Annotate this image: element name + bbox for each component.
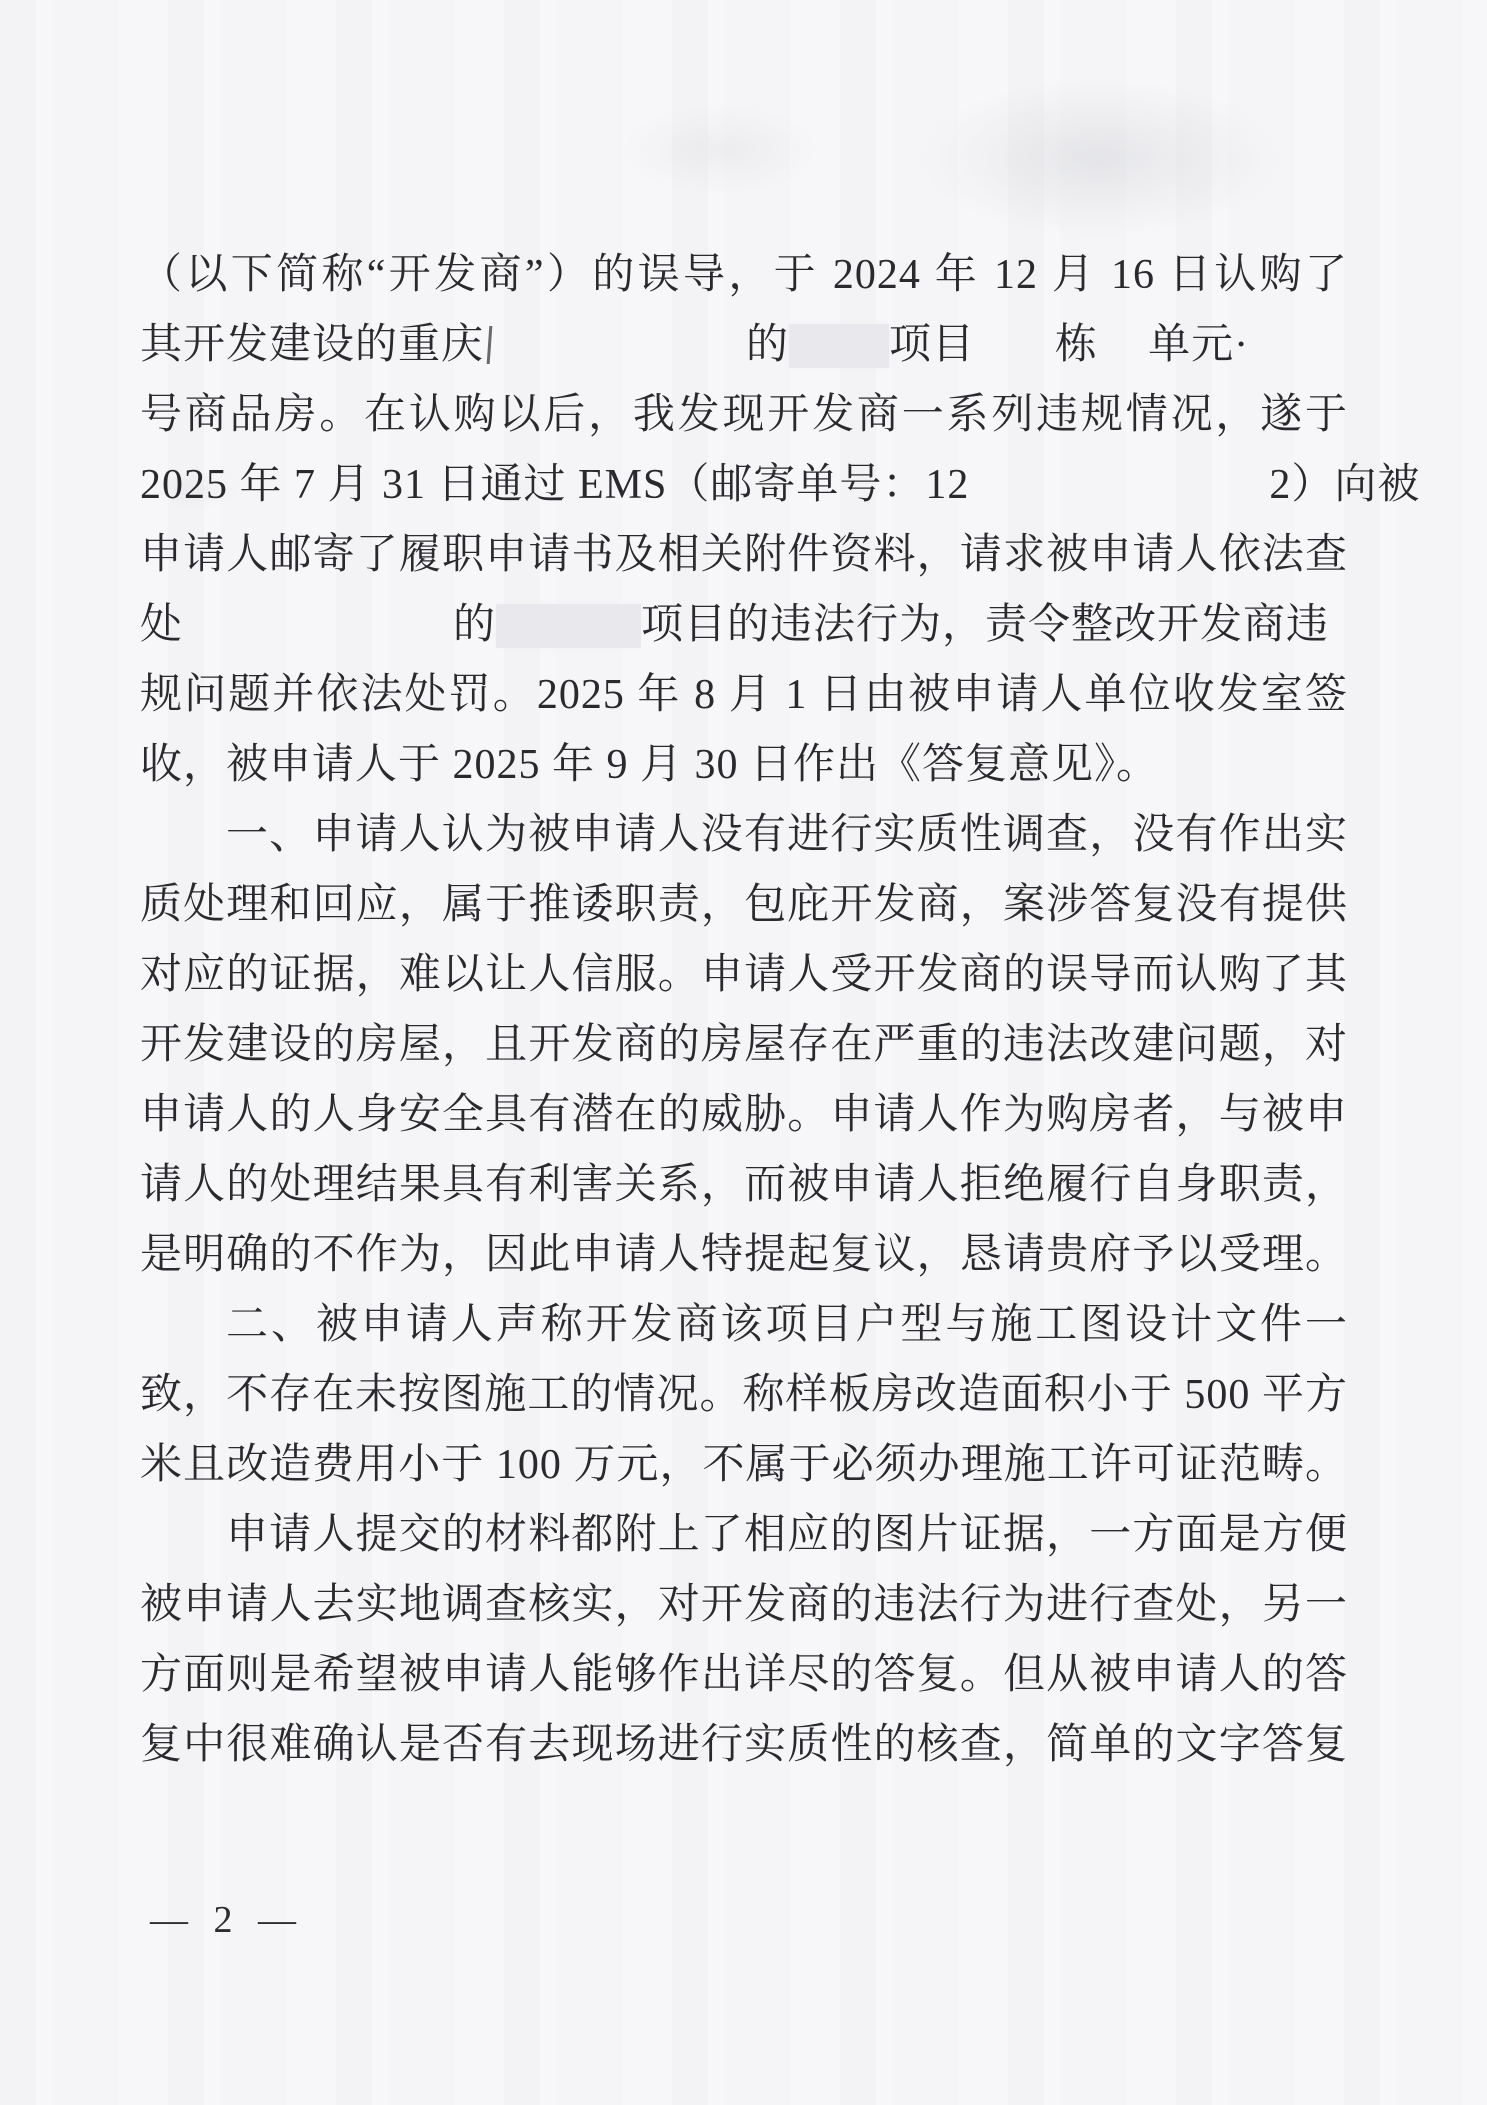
text-line: 开发建设的房屋，且开发商的房屋存在严重的违法改建问题，对 (140, 1010, 1348, 1080)
text-run: 开发建设的房屋，且开发商的房屋存在严重的违法改建问题，对 (140, 1022, 1348, 1068)
text-run: 复中很难确认是否有去现场进行实质性的核查，简单的文字答复 (140, 1722, 1348, 1768)
page-number: — 2 — (150, 1898, 304, 1942)
text-run: 其开发建设的重庆 (140, 322, 484, 368)
text-line: 申请人邮寄了履职申请书及相关附件资料，请求被申请人依法查 (140, 520, 1348, 590)
text-run: 致，不存在未按图施工的情况。称样板房改造面积小于 500 平方 (140, 1372, 1348, 1418)
text-run: 项目 (889, 322, 975, 368)
text-run: 项目的违法行为，责令整改开发商违 (641, 602, 1329, 648)
text-run: 的 (746, 322, 789, 368)
text-run: 方面则是希望被申请人能够作出详尽的答复。但从被申请人的答 (140, 1652, 1348, 1698)
blank-space (975, 326, 1055, 370)
text-run: 申请人的人身安全具有潜在的威胁。申请人作为购房者，与被申 (140, 1092, 1348, 1138)
text-run: 的 (453, 602, 496, 648)
text-line: 方面则是希望被申请人能够作出详尽的答复。但从被申请人的答 (140, 1640, 1348, 1710)
text-run: 2）向被 (1269, 462, 1420, 508)
text-run: 二、被申请人声称开发商该项目户型与施工图设计文件一 (226, 1302, 1348, 1348)
text-line: 二、被申请人声称开发商该项目户型与施工图设计文件一 (140, 1290, 1348, 1360)
text-line: 致，不存在未按图施工的情况。称样板房改造面积小于 500 平方 (140, 1360, 1348, 1430)
text-run: 号商品房。在认购以后，我发现开发商一系列违规情况，遂于 (140, 392, 1348, 438)
blank-space (183, 606, 453, 650)
blank-space (1098, 326, 1148, 370)
text-line: 规问题并依法处罚。2025 年 8 月 1 日由被申请人单位收发室签 (140, 660, 1348, 730)
text-line: 2025 年 7 月 31 日通过 EMS（邮寄单号：122）向被 (140, 450, 1348, 520)
text-line: 申请人的人身安全具有潜在的威胁。申请人作为购房者，与被申 (140, 1080, 1348, 1150)
text-run: 规问题并依法处罚。2025 年 8 月 1 日由被申请人单位收发室签 (140, 672, 1348, 718)
redaction-box (789, 324, 889, 368)
scan-smudge (920, 78, 1280, 238)
text-line: 被申请人去实地调查核实，对开发商的违法行为进行查处，另一 (140, 1570, 1348, 1640)
text-run: 对应的证据，难以让人信服。申请人受开发商的误导而认购了其 (140, 952, 1348, 998)
text-line: 复中很难确认是否有去现场进行实质性的核查，简单的文字答复 (140, 1710, 1348, 1780)
text-line: 是明确的不作为，因此申请人特提起复议，恳请贵府予以受理。 (140, 1220, 1348, 1290)
text-run: 米且改造费用小于 100 万元，不属于必须办理施工许可证范畴。 (140, 1442, 1348, 1488)
text-run: 是明确的不作为，因此申请人特提起复议，恳请贵府予以受理。 (140, 1232, 1348, 1278)
text-line: 质处理和回应，属于推诿职责，包庇开发商，案涉答复没有提供 (140, 870, 1348, 940)
text-run: 质处理和回应，属于推诿职责，包庇开发商，案涉答复没有提供 (140, 882, 1348, 928)
text-line: 请人的处理结果具有利害关系，而被申请人拒绝履行自身职责， (140, 1150, 1348, 1220)
text-line: 其开发建设的重庆的项目栋单元· (140, 310, 1348, 380)
text-run: 申请人提交的材料都附上了相应的图片证据，一方面是方便 (226, 1512, 1348, 1558)
text-run: 被申请人去实地调查核实，对开发商的违法行为进行查处，另一 (140, 1582, 1348, 1628)
text-line: 米且改造费用小于 100 万元，不属于必须办理施工许可证范畴。 (140, 1430, 1348, 1500)
text-run: 一、申请人认为被申请人没有进行实质性调查，没有作出实 (226, 812, 1348, 858)
scanned-document-page: （以下简称“开发商”）的误导，于 2024 年 12 月 16 日认购了其开发建… (0, 0, 1487, 2105)
text-line: 处的项目的违法行为，责令整改开发商违 (140, 590, 1348, 660)
document-lines: （以下简称“开发商”）的误导，于 2024 年 12 月 16 日认购了其开发建… (140, 240, 1348, 1780)
redaction-box (496, 604, 641, 648)
text-run: 单元· (1148, 322, 1249, 368)
text-run: 申请人邮寄了履职申请书及相关附件资料，请求被申请人依法查 (140, 532, 1348, 578)
text-run: 栋 (1055, 322, 1098, 368)
text-run: 处 (140, 602, 183, 648)
scan-smudge (620, 105, 820, 195)
text-line: 一、申请人认为被申请人没有进行实质性调查，没有作出实 (140, 800, 1348, 870)
text-line: 申请人提交的材料都附上了相应的图片证据，一方面是方便 (140, 1500, 1348, 1570)
text-run: 2025 年 7 月 31 日通过 EMS（邮寄单号：12 (140, 462, 969, 508)
text-line: 收，被申请人于 2025 年 9 月 30 日作出《答复意见》。 (140, 730, 1348, 800)
blank-space (969, 466, 1269, 510)
text-line: 号商品房。在认购以后，我发现开发商一系列违规情况，遂于 (140, 380, 1348, 450)
text-line: 对应的证据，难以让人信服。申请人受开发商的误导而认购了其 (140, 940, 1348, 1010)
text-run: （以下简称“开发商”）的误导，于 2024 年 12 月 16 日认购了 (140, 252, 1348, 298)
blank-space (511, 326, 746, 370)
text-run: 收，被申请人于 2025 年 9 月 30 日作出《答复意见》。 (140, 742, 1159, 788)
redaction-remnant-mark (487, 326, 509, 364)
text-run: 请人的处理结果具有利害关系，而被申请人拒绝履行自身职责， (140, 1162, 1348, 1208)
text-line: （以下简称“开发商”）的误导，于 2024 年 12 月 16 日认购了 (140, 240, 1348, 310)
